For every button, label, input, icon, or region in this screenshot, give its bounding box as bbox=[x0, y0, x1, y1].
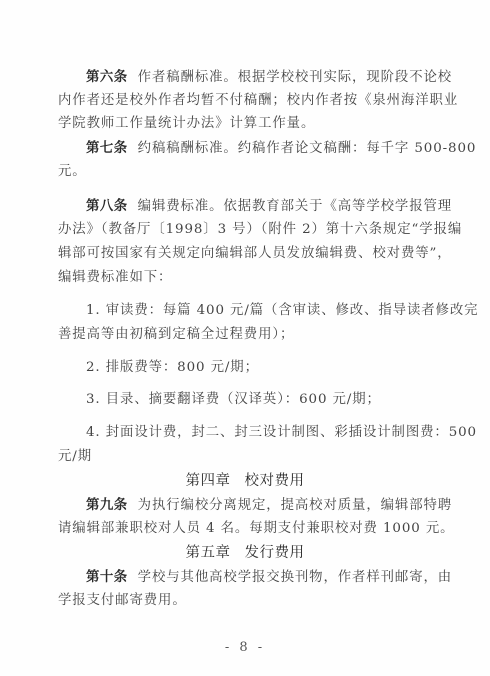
fee-item-2: 2. 排版费等：800 元/期； bbox=[86, 359, 438, 377]
chapter-4-title: 校对费用 bbox=[245, 473, 305, 489]
article-6-line-3: 学院教师工作量统计办法》计算工作量。 bbox=[58, 115, 438, 133]
chapter-5-number: 第五章 bbox=[186, 545, 231, 561]
chapter-5-title: 发行费用 bbox=[245, 545, 305, 561]
article-7-line-1: 第七条约稿稿酬标准。约稿作者论文稿酬：每千字 500-800 bbox=[86, 139, 438, 158]
article-10-line-2: 学报支付邮寄费用。 bbox=[58, 592, 438, 610]
fee-item-3: 3. 目录、摘要翻译费（汉译英）：600 元/期； bbox=[86, 391, 438, 409]
fee-item-4-line-1: 4. 封面设计费，封二、封三设计制图、彩插设计制图费：500 bbox=[86, 424, 438, 442]
page-number: - 8 - bbox=[0, 640, 490, 655]
fee-item-1-line-2: 善提高等由初稿到定稿全过程费用）； bbox=[58, 326, 438, 344]
fee-item-4-line-2: 元/期 bbox=[58, 448, 438, 466]
article-8-label: 第八条 bbox=[86, 198, 128, 214]
article-6-label: 第六条 bbox=[86, 69, 128, 85]
article-7-text-1: 约稿稿酬标准。约稿作者论文稿酬：每千字 500-800 bbox=[138, 141, 477, 156]
article-7-line-2: 元。 bbox=[58, 163, 438, 181]
article-8-text-1: 编辑费标准。依据教育部关于《高等学校学报管理 bbox=[138, 199, 452, 214]
chapter-4-number: 第四章 bbox=[186, 473, 231, 489]
article-9-text-1: 为执行编校分离规定，提高校对质量，编辑部特聘 bbox=[138, 498, 452, 513]
article-9-line-2: 请编辑部兼职校对人员 4 名。每期支付兼职校对费 1000 元。 bbox=[58, 520, 438, 538]
article-6-line-1: 第六条作者稿酬标准。根据学校校刊实际，现阶段不论校 bbox=[86, 68, 438, 87]
article-8-line-1: 第八条编辑费标准。依据教育部关于《高等学校学报管理 bbox=[86, 197, 438, 216]
article-9-line-1: 第九条为执行编校分离规定，提高校对质量，编辑部特聘 bbox=[86, 496, 438, 515]
chapter-5-heading: 第五章发行费用 bbox=[0, 544, 490, 562]
fee-item-1-line-1: 1. 审读费：每篇 400 元/篇（含审读、修改、指导读者修改完 bbox=[86, 302, 438, 320]
article-10-label: 第十条 bbox=[86, 569, 128, 585]
article-9-label: 第九条 bbox=[86, 497, 128, 513]
chapter-4-heading: 第四章校对费用 bbox=[0, 472, 490, 490]
article-6-text-1: 作者稿酬标准。根据学校校刊实际，现阶段不论校 bbox=[138, 70, 452, 85]
article-10-text-1: 学校与其他高校学报交换刊物，作者样刊邮寄，由 bbox=[138, 570, 452, 585]
article-7-label: 第七条 bbox=[86, 140, 128, 156]
document-page: 第六条作者稿酬标准。根据学校校刊实际，现阶段不论校 内作者还是校外作者均暂不付稿… bbox=[0, 0, 490, 676]
article-8-line-4: 编辑费标准如下： bbox=[58, 269, 438, 287]
article-8-line-2: 办法》（教备厅〔1998〕3 号）（附件 2）第十六条规定“学报编 bbox=[58, 221, 438, 239]
article-10-line-1: 第十条学校与其他高校学报交换刊物，作者样刊邮寄，由 bbox=[86, 568, 438, 587]
article-6-line-2: 内作者还是校外作者均暂不付稿酬；校内作者按《泉州海洋职业 bbox=[58, 92, 438, 110]
article-8-line-3: 辑部可按国家有关规定向编辑部人员发放编辑费、校对费等”， bbox=[58, 245, 438, 263]
